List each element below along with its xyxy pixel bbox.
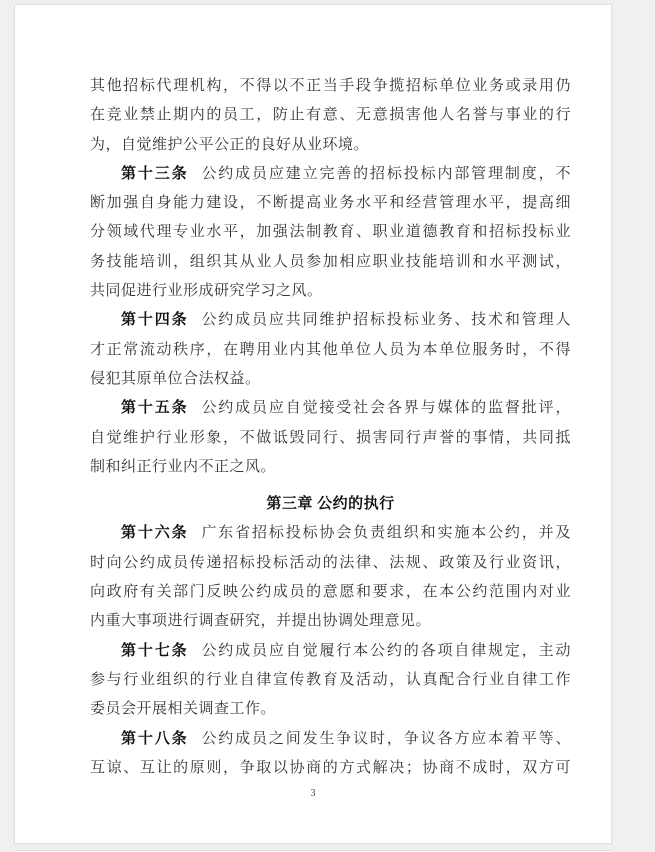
article-number: 第十三条 [121, 166, 188, 182]
paragraph-line: 制和纠正行业内不正之风。 [90, 453, 571, 482]
paragraph-line: 第十四条公约成员应共同维护招标投标业务、技术和管理人 [90, 306, 571, 335]
paragraph-line: 自觉维护行业形象，不做诋毁同行、损害同行声誉的事情，共同抵 [90, 424, 571, 453]
article-number: 第十四条 [121, 312, 188, 328]
paragraph-line: 互谅、互让的原则，争取以协商的方式解决；协商不成时，双方可 [90, 754, 571, 783]
paragraph-line: 向政府有关部门反映公约成员的意愿和要求，在本公约范围内对业 [90, 578, 571, 607]
paragraph-line: 务技能培训，组织其从业人员参加相应职业技能培训和水平测试， [90, 248, 571, 277]
line-text: 公约成员应自觉接受社会各界与媒体的监督批评， [201, 400, 571, 416]
paragraph-line: 第十八条公约成员之间发生争议时，争议各方应本着平等、 [90, 725, 571, 754]
article-number: 第十五条 [121, 400, 188, 416]
paragraph-line: 第十六条广东省招标投标协会负责组织和实施本公约，并及 [90, 519, 571, 548]
paragraph-line: 第十七条公约成员应自觉履行本公约的各项自律规定，主动 [90, 637, 571, 666]
line-text: 公约成员应自觉履行本公约的各项自律规定，主动 [201, 643, 571, 659]
paragraph-line: 为，自觉维护公平公正的良好从业环境。 [90, 131, 571, 160]
document-viewer: 其他招标代理机构，不得以不正当手段争揽招标单位业务或录用仍 在竞业禁止期内的员工… [0, 0, 655, 852]
paragraph-line: 内重大事项进行调查研究，并提出协调处理意见。 [90, 607, 571, 636]
paragraph-line: 其他招标代理机构，不得以不正当手段争揽招标单位业务或录用仍 [90, 72, 571, 101]
article-number: 第十七条 [121, 643, 188, 659]
page-content: 其他招标代理机构，不得以不正当手段争揽招标单位业务或录用仍 在竞业禁止期内的员工… [90, 72, 571, 783]
paragraph-line: 在竞业禁止期内的员工，防止有意、无意损害他人名誉与事业的行 [90, 101, 571, 130]
paragraph-line: 第十三条公约成员应建立完善的招标投标内部管理制度，不 [90, 160, 571, 189]
line-text: 广东省招标投标协会负责组织和实施本公约，并及 [201, 525, 571, 541]
chapter-heading: 第三章 公约的执行 [90, 490, 571, 519]
paragraph-line: 第十五条公约成员应自觉接受社会各界与媒体的监督批评， [90, 394, 571, 423]
paragraph-line: 委员会开展相关调查工作。 [90, 695, 571, 724]
paragraph-line: 侵犯其原单位合法权益。 [90, 365, 571, 394]
article-number: 第十六条 [121, 525, 188, 541]
line-text: 公约成员之间发生争议时，争议各方应本着平等、 [201, 731, 571, 747]
paragraph-line: 参与行业组织的行业自律宣传教育及活动，认真配合行业自律工作 [90, 666, 571, 695]
paragraph-line: 才正常流动秩序，在聘用业内其他单位人员为本单位服务时，不得 [90, 336, 571, 365]
page-number: 3 [15, 788, 611, 800]
document-page: 其他招标代理机构，不得以不正当手段争揽招标单位业务或录用仍 在竞业禁止期内的员工… [14, 4, 612, 844]
line-text: 公约成员应共同维护招标投标业务、技术和管理人 [201, 312, 571, 328]
paragraph-line: 分领域代理专业水平，加强法制教育、职业道德教育和招标投标业 [90, 218, 571, 247]
paragraph-line: 断加强自身能力建设，不断提高业务水平和经营管理水平，提高细 [90, 189, 571, 218]
line-text: 公约成员应建立完善的招标投标内部管理制度，不 [201, 166, 571, 182]
article-number: 第十八条 [121, 731, 188, 747]
paragraph-line: 时向公约成员传递招标投标活动的法律、法规、政策及行业资讯， [90, 549, 571, 578]
paragraph-line: 共同促进行业形成研究学习之风。 [90, 277, 571, 306]
